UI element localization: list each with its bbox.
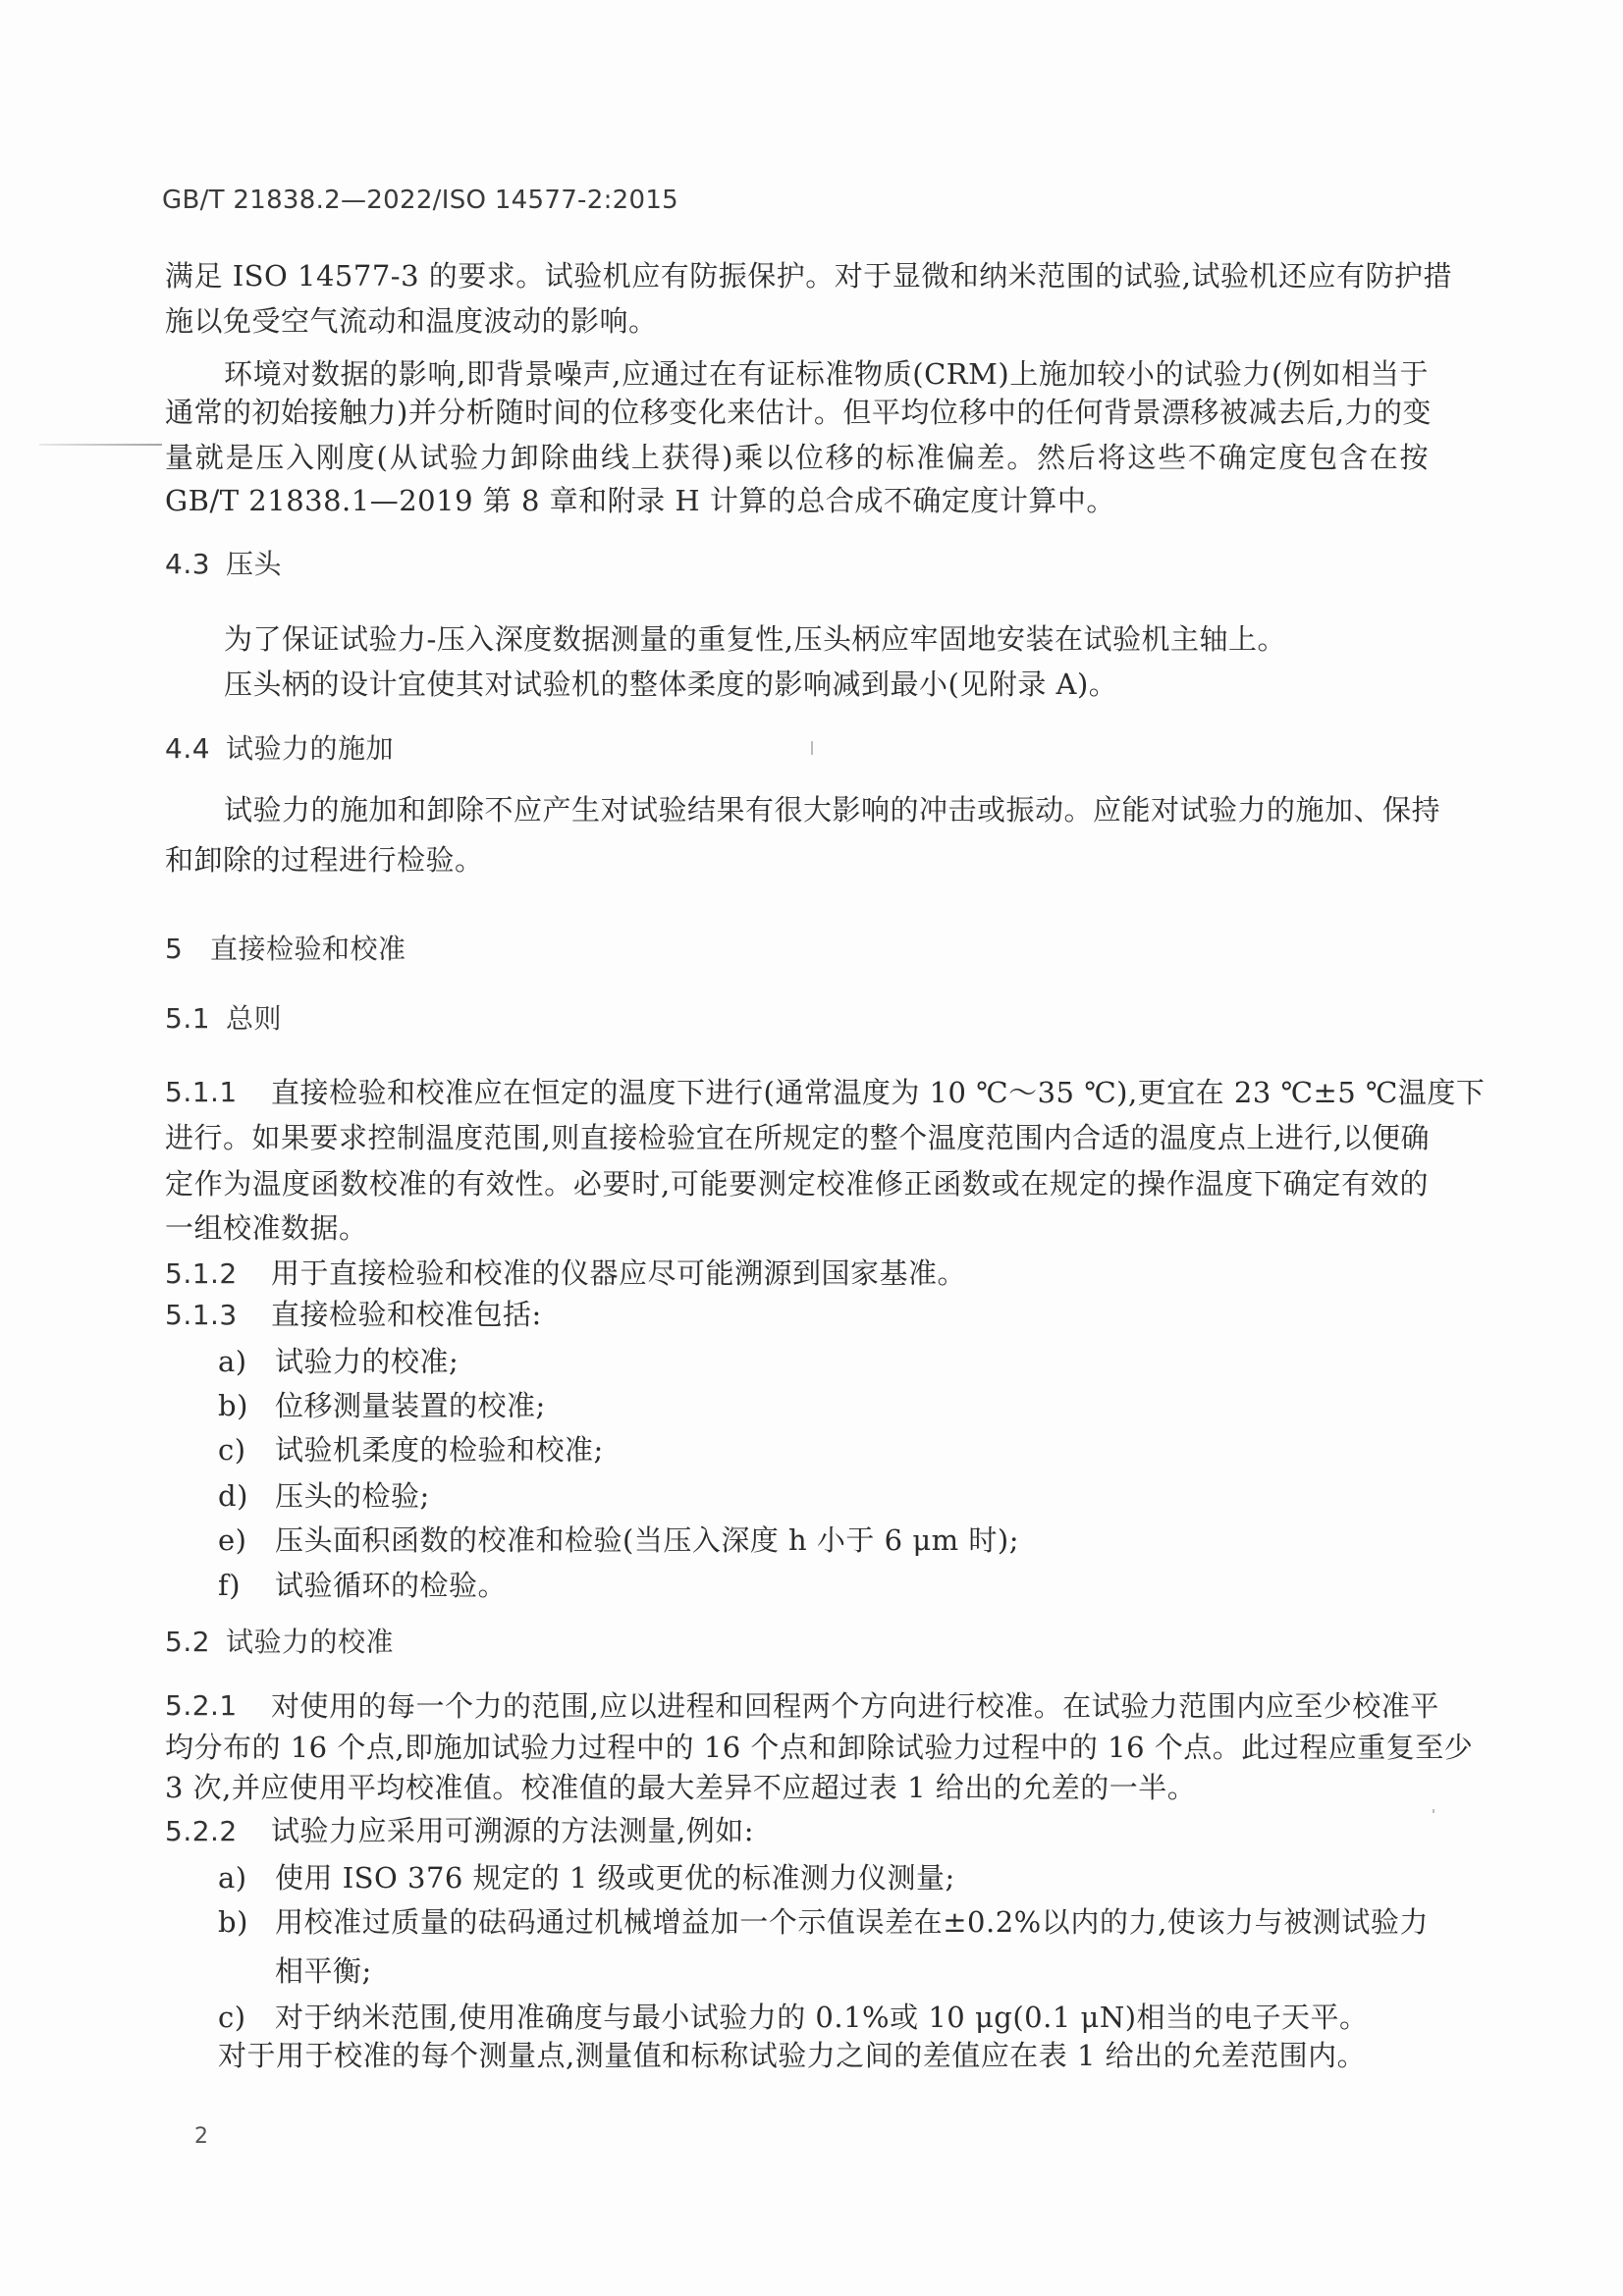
paragraph-line: 施以免受空气流动和温度波动的影响。	[165, 303, 658, 339]
page-number: 2	[194, 2124, 208, 2149]
standard-code-header: GB/T 21838.2—2022/ISO 14577-2:2015	[162, 186, 678, 215]
section-number: 5.2	[165, 1625, 226, 1660]
paragraph-line: 直接检验和校准应在恒定的温度下进行(通常温度为 10 ℃～35 ℃),更宜在 2…	[271, 1075, 1485, 1110]
list-text: 位移测量装置的校准;	[275, 1388, 546, 1423]
clause-number: 5.1.3	[165, 1298, 271, 1333]
clause-5-1-3: 5.1.3直接检验和校准包括:	[165, 1297, 542, 1332]
chapter-number: 5	[165, 932, 210, 967]
section-heading-4-3: 4.3压头	[165, 547, 282, 582]
list-label: e)	[218, 1522, 246, 1558]
list-label: c)	[218, 1432, 246, 1468]
list-text: 试验机柔度的检验和校准;	[275, 1432, 604, 1468]
list-label: d)	[218, 1478, 248, 1514]
list-label: b)	[218, 1904, 248, 1940]
list-label: a)	[218, 1860, 247, 1896]
scan-artifact-line	[39, 444, 162, 446]
clause-number: 5.1.1	[165, 1075, 271, 1110]
clause-text: 直接检验和校准包括:	[271, 1298, 542, 1331]
paragraph-line: 满足 ISO 14577-3 的要求。试验机应有防振保护。对于显微和纳米范围的试…	[165, 258, 1429, 294]
section-heading-4-4: 4.4试验力的施加	[165, 731, 394, 767]
clause-text: 用于直接检验和校准的仪器应尽可能溯源到国家基准。	[271, 1256, 966, 1290]
paragraph-line: 环境对数据的影响,即背景噪声,应通过在有证标准物质(CRM)上施加较小的试验力(…	[224, 356, 1429, 392]
clause-5-1-2: 5.1.2用于直接检验和校准的仪器应尽可能溯源到国家基准。	[165, 1255, 966, 1291]
list-label: c)	[218, 2000, 246, 2035]
list-text: 使用 ISO 376 规定的 1 级或更优的标准测力仪测量;	[275, 1860, 955, 1896]
section-number: 4.4	[165, 731, 226, 767]
paragraph-line: 和卸除的过程进行检验。	[165, 842, 484, 878]
clause-text: 试验力应采用可溯源的方法测量,例如:	[271, 1814, 754, 1847]
scan-speck	[811, 741, 813, 755]
list-text: 试验力的校准;	[275, 1344, 459, 1379]
clause-5-2-2: 5.2.2试验力应采用可溯源的方法测量,例如:	[165, 1813, 754, 1848]
paragraph-line: 对使用的每一个力的范围,应以进程和回程两个方向进行校准。在试验力范围内应至少校准…	[271, 1688, 1439, 1724]
chapter-heading-5: 5直接检验和校准	[165, 932, 406, 967]
paragraph-line: 定作为温度函数校准的有效性。必要时,可能要测定校准修正函数或在规定的操作温度下确…	[165, 1166, 1429, 1201]
clause-5-1-1-first-line: 5.1.1 直接检验和校准应在恒定的温度下进行(通常温度为 10 ℃～35 ℃)…	[165, 1075, 1429, 1110]
paragraph-line: 量就是压入刚度(从试验力卸除曲线上获得)乘以位移的标准偏差。然后将这些不确定度包…	[165, 440, 1429, 475]
list-text-continuation: 相平衡;	[275, 1953, 372, 1989]
list-text: 压头面积函数的校准和检验(当压入深度 h 小于 6 μm 时);	[275, 1522, 1019, 1558]
paragraph-line: 通常的初始接触力)并分析随时间的位移变化来估计。但平均位移中的任何背景漂移被减去…	[165, 395, 1429, 430]
list-label: f)	[218, 1568, 241, 1603]
list-label: a)	[218, 1344, 247, 1379]
clause-number: 5.2.1	[165, 1688, 271, 1724]
document-page: GB/T 21838.2—2022/ISO 14577-2:2015 满足 IS…	[0, 0, 1623, 2296]
paragraph-line: 一组校准数据。	[165, 1210, 368, 1246]
section-title: 压头	[226, 548, 282, 580]
chapter-title: 直接检验和校准	[210, 933, 406, 965]
list-text: 对于纳米范围,使用准确度与最小试验力的 0.1%或 10 μg(0.1 μN)相…	[275, 2000, 1369, 2035]
section-heading-5-1: 5.1总则	[165, 1001, 282, 1037]
section-title: 试验力的校准	[226, 1626, 394, 1658]
clause-number: 5.1.2	[165, 1256, 271, 1292]
list-text: 压头的检验;	[275, 1478, 430, 1514]
section-title: 总则	[226, 1002, 282, 1035]
scan-speck	[1433, 1809, 1434, 1813]
list-item: b) 用校准过质量的砝码通过机械增益加一个示值误差在±0.2%以内的力,使该力与…	[0, 1904, 1429, 1940]
paragraph-line: 均分布的 16 个点,即施加试验力过程中的 16 个点和卸除试验力过程中的 16…	[165, 1730, 1429, 1765]
clause-5-2-1-first-line: 5.2.1 对使用的每一个力的范围,应以进程和回程两个方向进行校准。在试验力范围…	[165, 1688, 1429, 1724]
clause-number: 5.2.2	[165, 1814, 271, 1849]
section-title: 试验力的施加	[226, 732, 394, 765]
section-number: 4.3	[165, 547, 226, 582]
paragraph-line: 3 次,并应使用平均校准值。校准值的最大差异不应超过表 1 给出的允差的一半。	[165, 1770, 1196, 1805]
paragraph-line: GB/T 21838.1—2019 第 8 章和附录 H 计算的总合成不确定度计…	[165, 483, 1115, 518]
paragraph-line: 试验力的施加和卸除不应产生对试验结果有很大影响的冲击或振动。应能对试验力的施加、…	[224, 792, 1429, 828]
paragraph-line: 进行。如果要求控制温度范围,则直接检验宜在所规定的整个温度范围内合适的温度点上进…	[165, 1120, 1429, 1155]
section-heading-5-2: 5.2试验力的校准	[165, 1625, 394, 1660]
list-text: 试验循环的检验。	[275, 1568, 507, 1603]
list-text: 用校准过质量的砝码通过机械增益加一个示值误差在±0.2%以内的力,使该力与被测试…	[275, 1904, 1429, 1940]
list-label: b)	[218, 1388, 248, 1423]
paragraph-line: 为了保证试验力-压入深度数据测量的重复性,压头柄应牢固地安装在试验机主轴上。	[224, 621, 1286, 657]
paragraph-line: 压头柄的设计宜使其对试验机的整体柔度的影响减到最小(见附录 A)。	[224, 667, 1117, 702]
paragraph-line: 对于用于校准的每个测量点,测量值和标称试验力之间的差值应在表 1 给出的允差范围…	[218, 2038, 1366, 2073]
section-number: 5.1	[165, 1001, 226, 1037]
